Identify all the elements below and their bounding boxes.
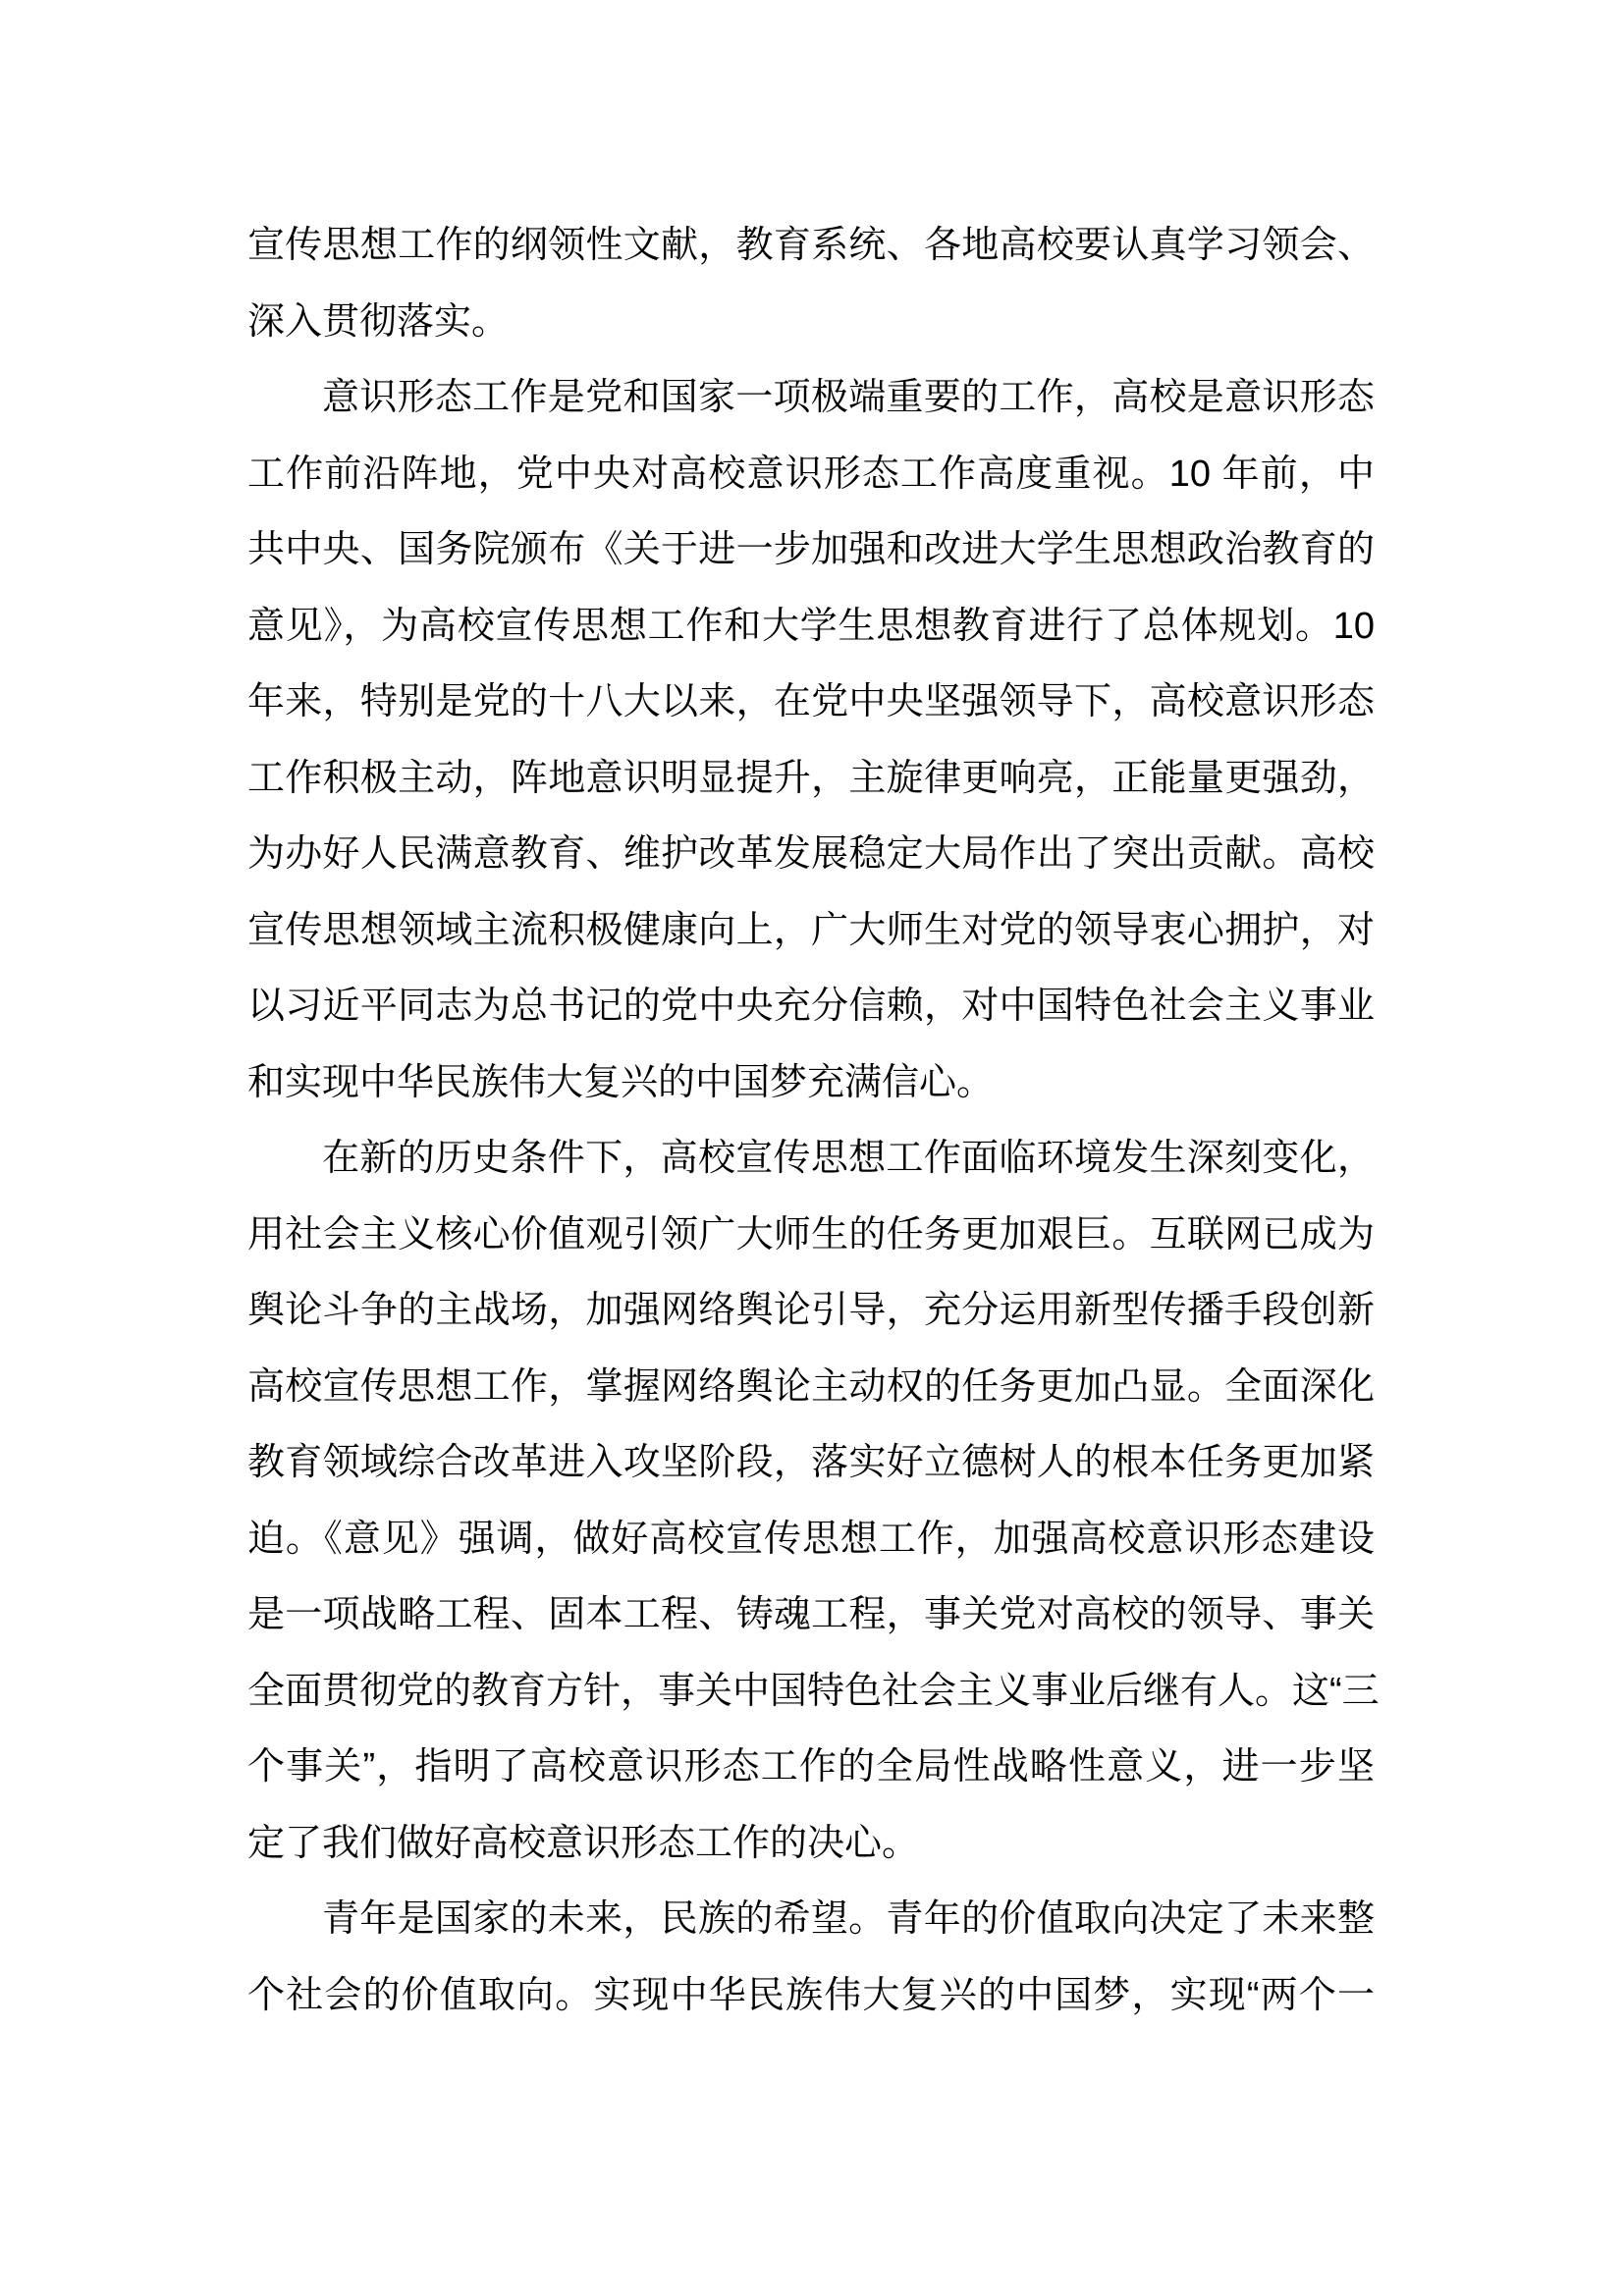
text-line: 在新的历史条件下，高校宣传思想工作面临环境发生深刻变化，: [247, 1121, 1375, 1198]
text-line: 教育领域综合改革进入攻坚阶段，落实好立德树人的根本任务更加紧: [247, 1425, 1375, 1502]
paragraph: 在新的历史条件下，高校宣传思想工作面临环境发生深刻变化，用社会主义核心价值观引领…: [247, 1121, 1375, 1882]
document-page: 宣传思想工作的纲领性文献，教育系统、各地高校要认真学习领会、深入贯彻落实。意识形…: [0, 0, 1624, 2296]
text-line: 全面贯彻党的教育方针，事关中国特色社会主义事业后继有人。这“三: [247, 1654, 1375, 1731]
text-line: 个事关”，指明了高校意识形态工作的全局性战略性意义，进一步坚: [247, 1730, 1375, 1806]
text-line: 工作积极主动，阵地意识明显提升，主旋律更响亮，正能量更强劲，: [247, 741, 1375, 818]
text-line: 青年是国家的未来，民族的希望。青年的价值取向决定了未来整: [247, 1882, 1375, 1958]
text-line: 用社会主义核心价值观引领广大师生的任务更加艰巨。互联网已成为: [247, 1198, 1375, 1274]
text-line: 宣传思想工作的纲领性文献，教育系统、各地高校要认真学习领会、: [247, 208, 1375, 285]
text-line: 以习近平同志为总书记的党中央充分信赖，对中国特色社会主义事业: [247, 969, 1375, 1045]
text-line: 为办好人民满意教育、维护改革发展稳定大局作出了突出贡献。高校: [247, 817, 1375, 893]
text-line: 舆论斗争的主战场，加强网络舆论引导，充分运用新型传播手段创新: [247, 1273, 1375, 1350]
text-line: 是一项战略工程、固本工程、铸魂工程，事关党对高校的领导、事关: [247, 1577, 1375, 1654]
text-line: 和实现中华民族伟大复兴的中国梦充满信心。: [247, 1045, 1375, 1122]
paragraph: 青年是国家的未来，民族的希望。青年的价值取向决定了未来整个社会的价值取向。实现中…: [247, 1882, 1375, 2034]
text-line: 定了我们做好高校意识形态工作的决心。: [247, 1806, 1375, 1883]
text-line: 年来，特别是党的十八大以来，在党中央坚强领导下，高校意识形态: [247, 665, 1375, 741]
text-line: 高校宣传思想工作，掌握网络舆论主动权的任务更加凸显。全面深化: [247, 1350, 1375, 1426]
text-line: 工作前沿阵地，党中央对高校意识形态工作高度重视。10 年前，中: [247, 437, 1375, 513]
document-body: 宣传思想工作的纲领性文献，教育系统、各地高校要认真学习领会、深入贯彻落实。意识形…: [247, 208, 1375, 2034]
paragraph: 意识形态工作是党和国家一项极端重要的工作，高校是意识形态工作前沿阵地，党中央对高…: [247, 360, 1375, 1121]
text-line: 迫。《意见》强调，做好高校宣传思想工作，加强高校意识形态建设: [247, 1502, 1375, 1578]
text-line: 个社会的价值取向。实现中华民族伟大复兴的中国梦，实现“两个一: [247, 1958, 1375, 2035]
text-line: 意见》，为高校宣传思想工作和大学生思想教育进行了总体规划。10: [247, 589, 1375, 666]
paragraph: 宣传思想工作的纲领性文献，教育系统、各地高校要认真学习领会、深入贯彻落实。: [247, 208, 1375, 360]
text-line: 宣传思想领域主流积极健康向上，广大师生对党的领导衷心拥护，对: [247, 893, 1375, 970]
text-line: 深入贯彻落实。: [247, 285, 1375, 361]
text-line: 共中央、国务院颁布《关于进一步加强和改进大学生思想政治教育的: [247, 512, 1375, 589]
text-line: 意识形态工作是党和国家一项极端重要的工作，高校是意识形态: [247, 360, 1375, 437]
